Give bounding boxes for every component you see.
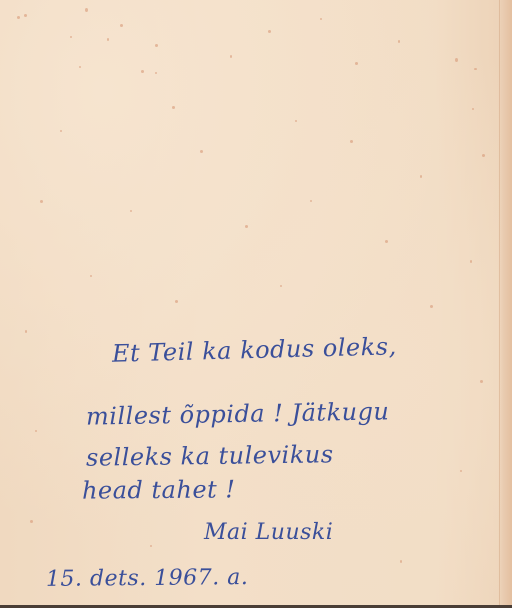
signature: Mai Luuski — [204, 520, 333, 545]
inscription-date: 15. dets. 1967. a. — [46, 565, 249, 592]
inscription-line-4: head tahet ! — [82, 475, 236, 504]
inscription-line-3: selleks ka tulevikus — [86, 440, 334, 471]
scanned-page: Et Teil ka kodus oleks, millest õppida !… — [0, 0, 512, 608]
inscription-line-2: millest õppida ! Jätkugu — [86, 397, 390, 430]
page-edge-right — [498, 0, 512, 608]
inscription-line-1: Et Teil ka kodus oleks, — [112, 332, 397, 367]
page-edge-crease — [499, 0, 500, 608]
